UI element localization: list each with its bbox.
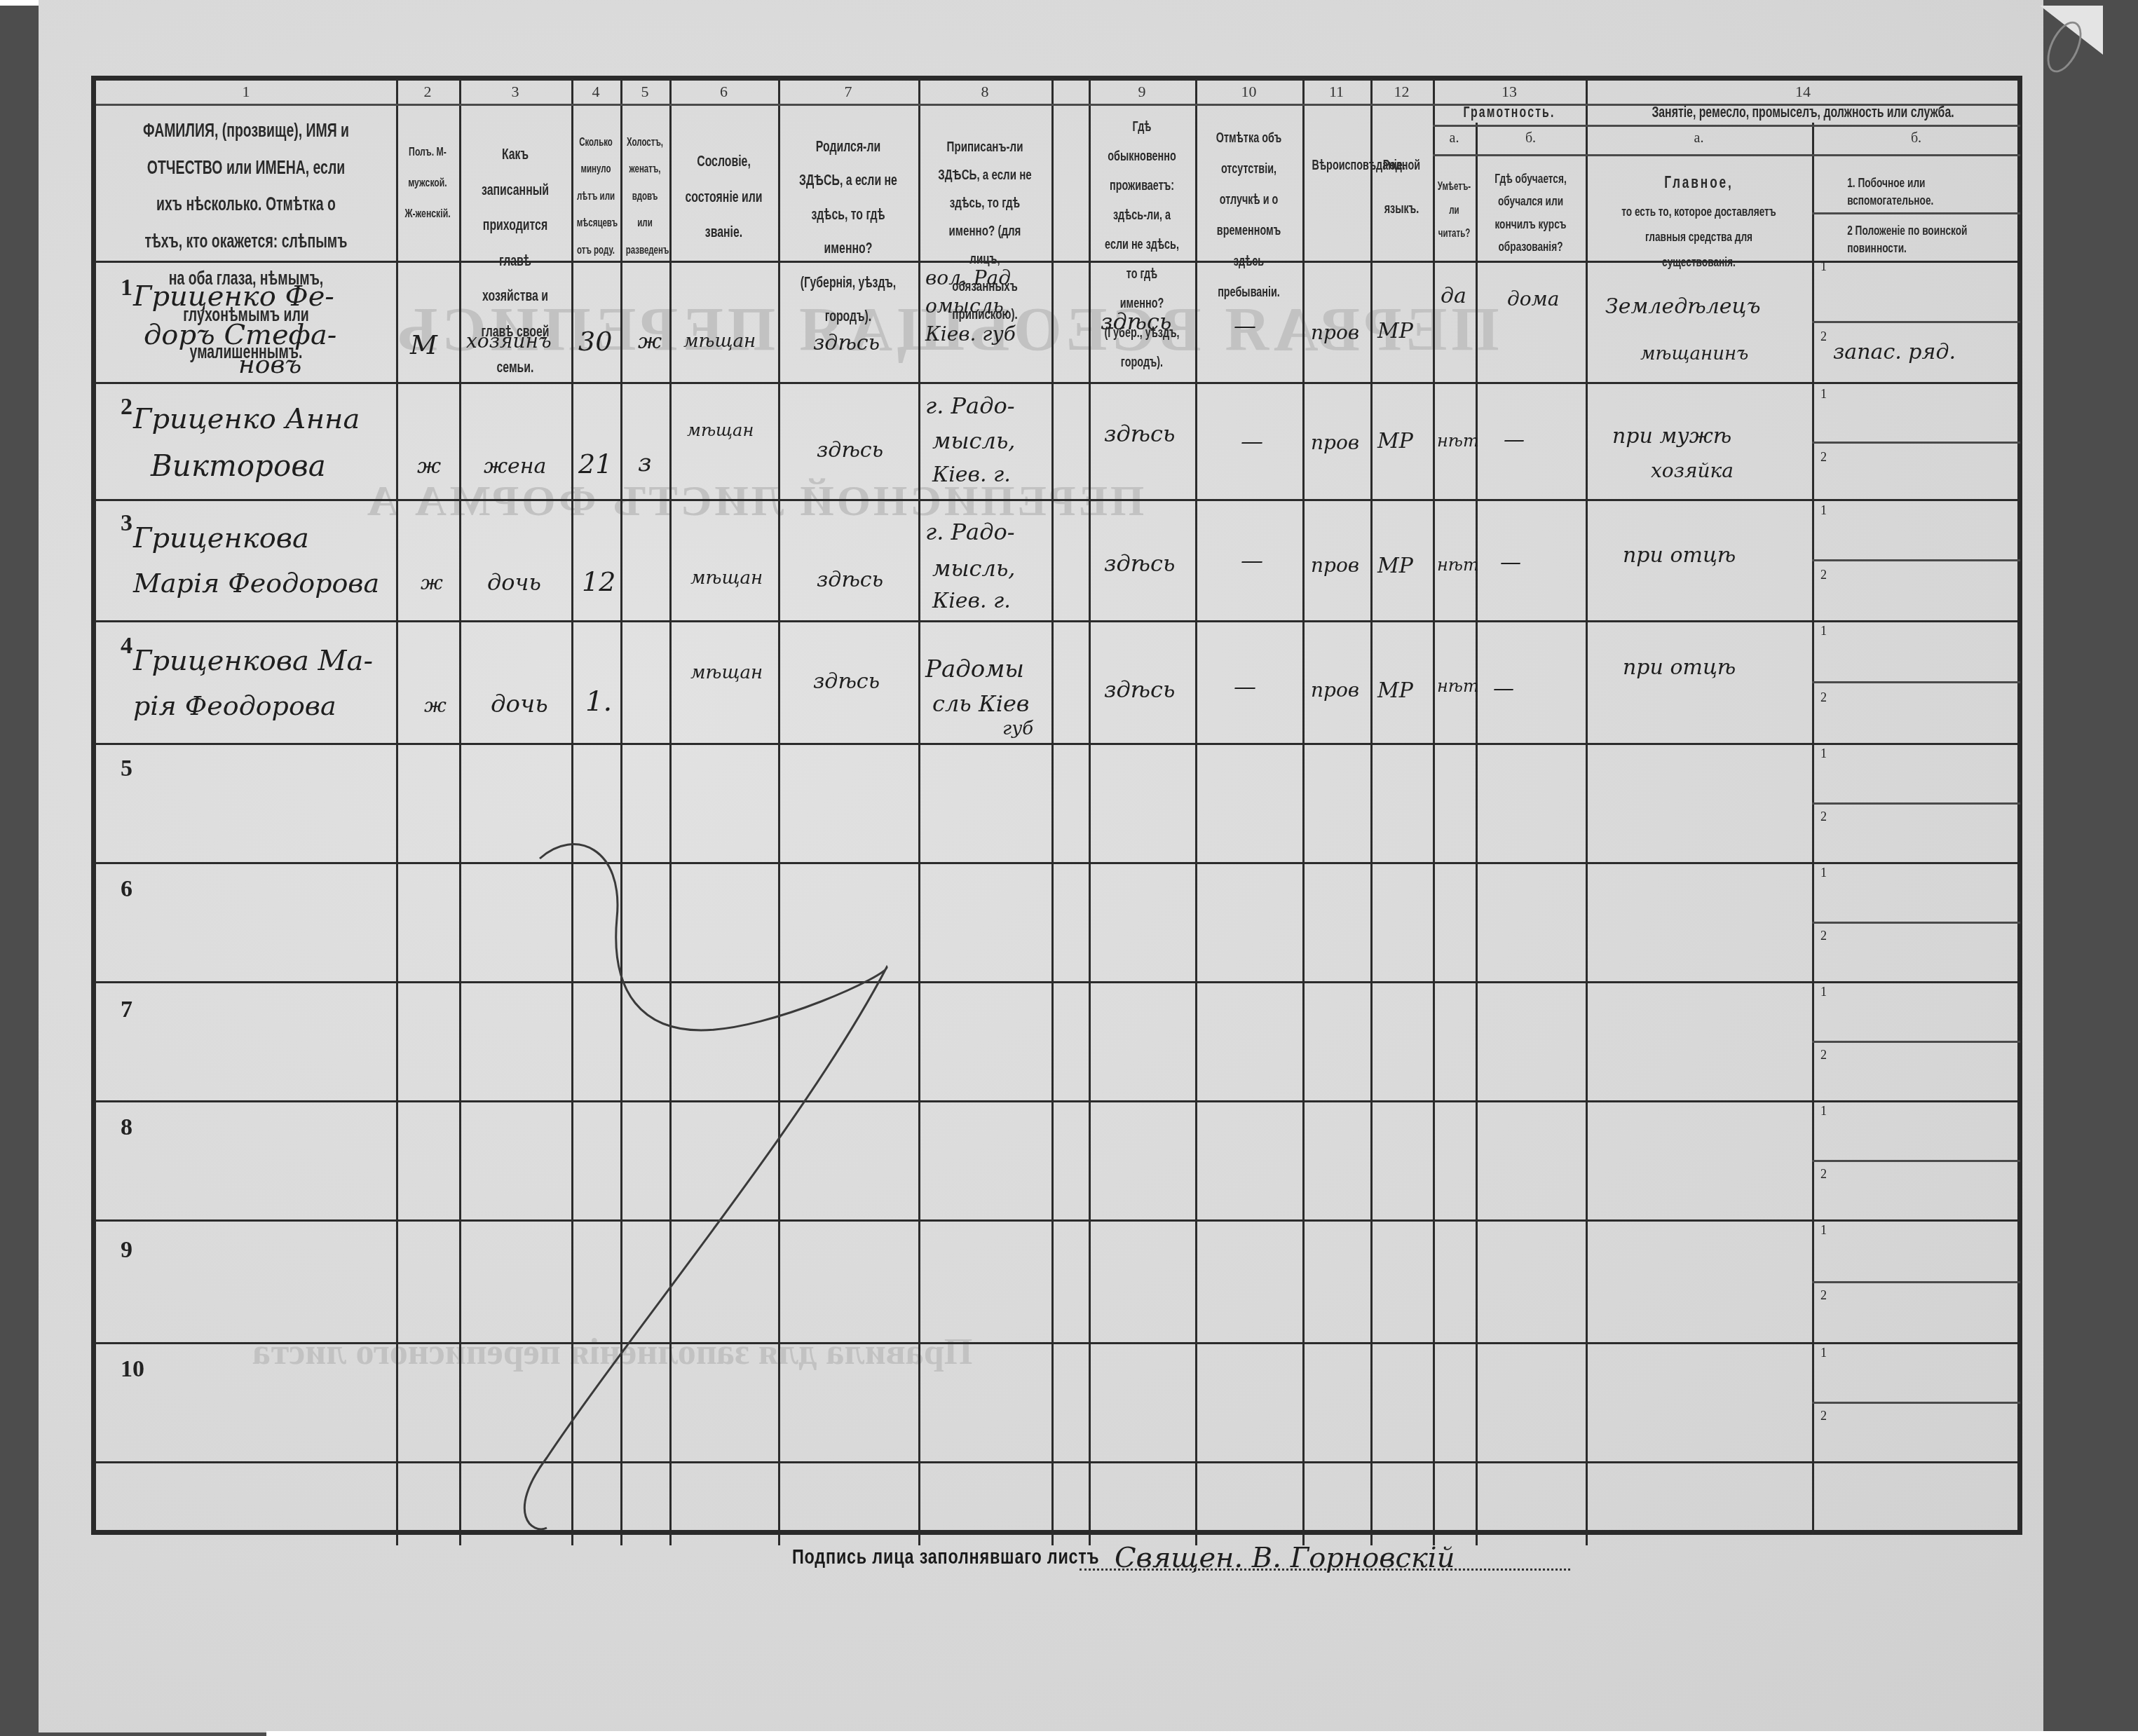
cancellation-stroke — [0, 0, 2138, 1736]
signature-label: Подпись лица заполнявшаго листъ — [792, 1545, 1099, 1569]
signature-value: Священ. В. Горновскій — [1115, 1542, 1455, 1574]
